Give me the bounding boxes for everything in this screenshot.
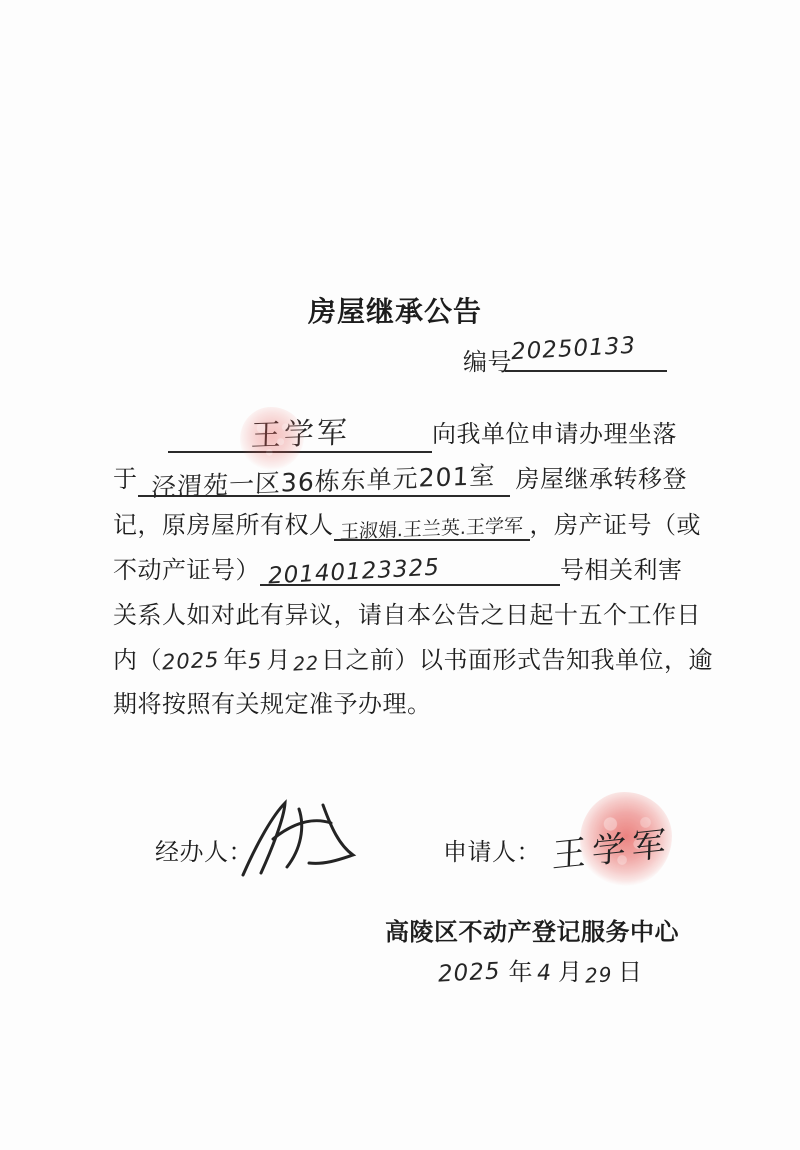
org-name: 高陵区不动产登记服务中心 xyxy=(385,912,679,947)
line1-text: 向我单位申请办理坐落 xyxy=(432,414,677,449)
footer-month-unit: 月 xyxy=(558,952,583,987)
cert-number-underline: 20140123325 xyxy=(260,554,560,586)
deadline-month-handwritten: 5 xyxy=(247,649,263,674)
applicant-signature-area: 王学军 xyxy=(552,800,682,890)
footer-year-unit: 年 xyxy=(509,952,534,987)
line3-prefix: 记，原房屋所有权人 xyxy=(113,505,334,540)
deadline-year-handwritten: 2025 xyxy=(161,648,220,675)
applicant-label: 申请人： xyxy=(443,832,541,867)
deadline-day-handwritten: 22 xyxy=(292,652,319,675)
line6-pre: 内（ xyxy=(113,640,162,675)
line6-year-unit: 年 xyxy=(223,640,248,675)
line2-text: 房屋继承转移登 xyxy=(516,459,688,494)
scanned-document-page: 房屋继承公告 编号 20250133 王学军 向我单位申请办理坐落 于 泾渭苑一… xyxy=(0,0,800,1150)
footer-year-handwritten: 2025 xyxy=(437,958,501,987)
address-underline: 泾渭苑一区36栋东单元201室 xyxy=(138,465,510,497)
footer-date: 2025 年 4 月 29 日 xyxy=(438,952,643,987)
footer-month-handwritten: 4 xyxy=(536,961,552,987)
applicant-name-underline: 王学军 xyxy=(168,421,432,453)
owners-handwritten: 王淑娟.王兰英.王学军 xyxy=(340,511,524,544)
document-title: 房屋继承公告 xyxy=(0,290,790,330)
number-underline: 20250133 xyxy=(505,336,667,372)
line6-month-unit: 月 xyxy=(266,640,291,675)
owners-underline: 王淑娟.王兰英.王学军 xyxy=(334,509,530,541)
line3-text: ，房产证号（或 xyxy=(530,505,702,540)
line4-prefix: 不动产证号） xyxy=(113,550,260,585)
handler-signature xyxy=(235,793,370,888)
address-handwritten: 泾渭苑一区36栋东单元201室 xyxy=(151,456,497,504)
number-value-handwritten: 20250133 xyxy=(510,333,636,366)
footer-day-unit: 日 xyxy=(618,952,643,987)
line2-prefix: 于 xyxy=(113,459,138,494)
line6-post: 日之前）以书面形式告知我单位，逾 xyxy=(321,640,713,675)
footer-day-handwritten: 29 xyxy=(584,962,613,987)
line4-text: 号相关利害 xyxy=(560,550,683,585)
line5-text: 关系人如对此有异议，请自本公告之日起十五个工作日 xyxy=(113,595,701,630)
cert-number-handwritten: 20140123325 xyxy=(267,555,440,590)
line7-text: 期将按照有关规定准予办理。 xyxy=(113,684,432,719)
